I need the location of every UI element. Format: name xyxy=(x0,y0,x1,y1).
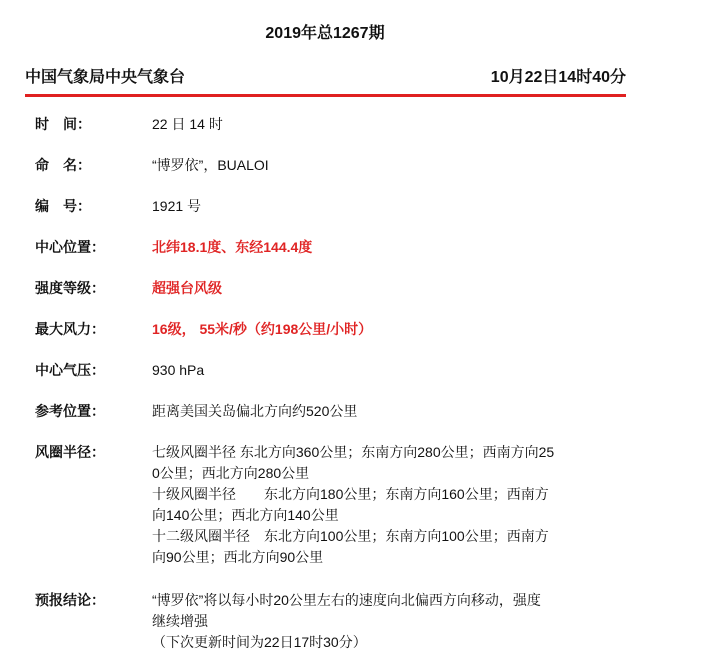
field-label: 风圈半径： xyxy=(35,442,152,568)
field-label: 时 间： xyxy=(35,114,152,135)
field-label: 中心气压： xyxy=(35,360,152,381)
field-value: 22 日 14 时 xyxy=(152,114,622,135)
forecast-text: “博罗依”将以每小时20公里左右的速度向北偏西方向移动，强度 继续增强 （下次更… xyxy=(152,590,622,653)
wind-radius-line: 0公里；西北方向280公里 xyxy=(152,463,622,484)
wind-radius-line: 七级风圈半径 东北方向360公里；东南方向280公里；西南方向25 xyxy=(152,442,622,463)
forecast-line: “博罗依”将以每小时20公里左右的速度向北偏西方向移动，强度 xyxy=(152,590,622,611)
wind-radius-line: 向140公里；西北方向140公里 xyxy=(152,505,622,526)
field-label: 最大风力： xyxy=(35,319,152,340)
field-value: 超强台风级 xyxy=(152,278,622,299)
field-label: 命 名： xyxy=(35,155,152,176)
field-value: 距离美国关岛偏北方向约520公里 xyxy=(152,401,622,422)
field-value: 16级， 55米/秒（约198公里/小时） xyxy=(152,319,622,340)
field-label: 参考位置： xyxy=(35,401,152,422)
wind-radius-line: 向90公里；西北方向90公里 xyxy=(152,547,622,568)
agency-name: 中国气象局中央气象台 xyxy=(25,64,185,87)
field-label: 编 号： xyxy=(35,196,152,217)
field-value: 930 hPa xyxy=(152,360,622,381)
field-label: 预报结论： xyxy=(35,590,152,653)
field-label: 强度等级： xyxy=(35,278,152,299)
field-number: 编 号： 1921 号 xyxy=(35,196,622,217)
field-reference-position: 参考位置： 距离美国关岛偏北方向约520公里 xyxy=(35,401,622,422)
wind-radius-line: 十级风圈半径 东北方向180公里；东南方向160公里；西南方 xyxy=(152,484,622,505)
field-intensity: 强度等级： 超强台风级 xyxy=(35,278,622,299)
field-value: “博罗依”，BUALOI xyxy=(152,155,622,176)
wind-radius-text: 七级风圈半径 东北方向360公里；东南方向280公里；西南方向25 0公里；西北… xyxy=(152,442,622,568)
field-forecast: 预报结论： “博罗依”将以每小时20公里左右的速度向北偏西方向移动，强度 继续增… xyxy=(35,590,622,653)
field-time: 时 间： 22 日 14 时 xyxy=(35,114,622,135)
forecast-line: 继续增强 xyxy=(152,611,622,632)
field-center-position: 中心位置： 北纬18.1度、东经144.4度 xyxy=(35,237,622,258)
field-max-wind: 最大风力： 16级， 55米/秒（约198公里/小时） xyxy=(35,319,622,340)
field-pressure: 中心气压： 930 hPa xyxy=(35,360,622,381)
wind-radius-line: 十二级风圈半径 东北方向100公里；东南方向100公里；西南方 xyxy=(152,526,622,547)
field-value: 北纬18.1度、东经144.4度 xyxy=(152,237,622,258)
issue-number: 2019年总1267期 xyxy=(0,20,650,43)
field-wind-radius: 风圈半径： 七级风圈半径 东北方向360公里；东南方向280公里；西南方向25 … xyxy=(35,442,622,568)
field-name: 命 名： “博罗依”，BUALOI xyxy=(35,155,622,176)
header-divider xyxy=(25,94,626,97)
forecast-line: （下次更新时间为22日17时30分） xyxy=(152,632,622,653)
field-value: 1921 号 xyxy=(152,196,622,217)
issue-datetime: 10月22日14时40分 xyxy=(491,64,626,87)
field-label: 中心位置： xyxy=(35,237,152,258)
bulletin-header: 中国气象局中央气象台 10月22日14时40分 xyxy=(25,64,626,87)
